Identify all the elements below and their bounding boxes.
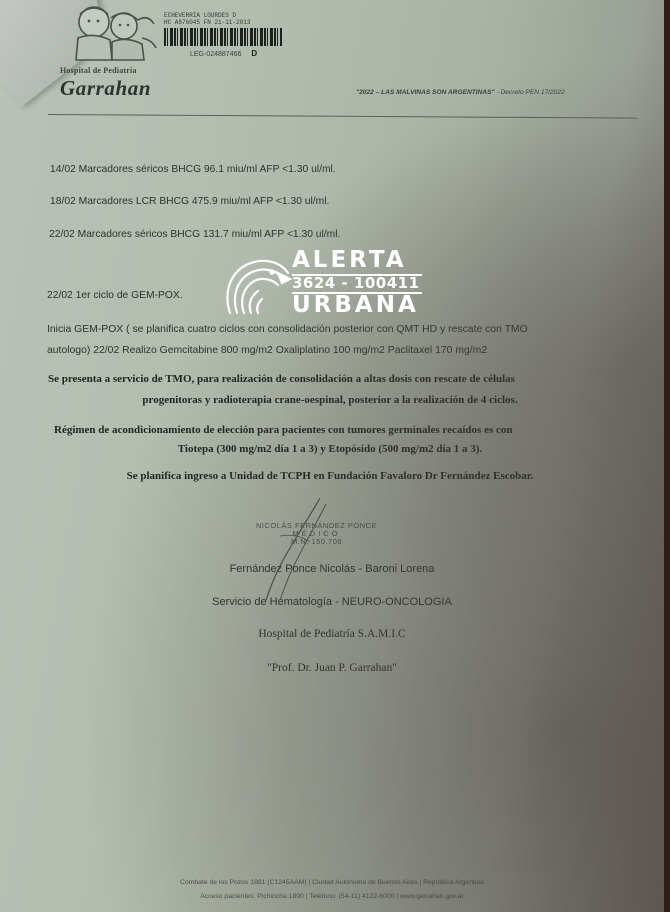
footer-address: Combate de los Pozos 1881 (C1245AAM) | C… <box>0 879 664 886</box>
slogan-text: "2022 – LAS MALVINAS SON ARGENTINAS" <box>356 89 495 96</box>
logo-name: Garrahan <box>60 76 151 101</box>
regimen-line-2: Tiotepa (300 mg/m2 día 1 a 3) y Etopósid… <box>30 443 630 455</box>
eagle-head-icon <box>222 255 292 317</box>
lab-result-2: 18/02 Marcadores LCR BHCG 475.9 miu/ml A… <box>50 196 329 207</box>
barcode <box>164 28 282 46</box>
children-mascot-icon <box>66 4 161 64</box>
hospital-logo: Hospital de Pediatría Garrahan <box>58 4 168 100</box>
handwritten-signature <box>250 496 340 606</box>
document-page: Hospital de Pediatría Garrahan ECHEVERRI… <box>0 0 664 912</box>
header-divider <box>48 114 638 119</box>
treatment-line-1: Inicia GEM-POX ( se planifica cuatro cic… <box>47 324 528 335</box>
hospital-full-name: "Prof. Dr. Juan P. Garrahan" <box>0 662 664 674</box>
watermark-urbana: URBANA <box>292 292 419 318</box>
barcode-suffix: D <box>251 49 257 58</box>
hospital-name: Hospital de Pediatría S.A.M.I.C <box>0 628 664 640</box>
logo-subtitle: Hospital de Pediatría <box>60 66 137 75</box>
patient-record: HC A876045 FN 21-11-2013 <box>164 19 294 26</box>
admission-line: Se planifica ingreso a Unidad de TCPH en… <box>30 470 630 482</box>
tmo-line-2: progenitoras y radioterapia crane-oespin… <box>30 394 630 406</box>
patient-label: ECHEVERRIA LOURDES D HC A876045 FN 21-11… <box>164 12 294 58</box>
barcode-code: LEG-024887466D <box>190 49 294 58</box>
tmo-line-1: Se presenta a servicio de TMO, para real… <box>48 373 648 385</box>
watermark-phone: 3624 - 100411 <box>292 274 420 292</box>
watermark-alerta: ALERTA <box>292 247 407 273</box>
lab-result-1: 14/02 Marcadores séricos BHCG 96.1 miu/m… <box>50 164 336 175</box>
regimen-line-1: Régimen de acondicionamiento de elección… <box>54 424 654 436</box>
background-table-edge <box>664 0 670 912</box>
slogan-decree: - Decreto PEN 17/2022 <box>497 89 565 96</box>
treatment-line-2: autologo) 22/02 Realizo Gemcitabine 800 … <box>47 345 487 356</box>
header-slogan: "2022 – LAS MALVINAS SON ARGENTINAS" - D… <box>356 89 565 96</box>
lab-result-3: 22/02 Marcadores séricos BHCG 131.7 miu/… <box>49 229 340 240</box>
cycle-line: 22/02 1er ciclo de GEM-POX. <box>47 290 183 301</box>
footer-contact: Acceso pacientes: Pichincha 1890 | Teléf… <box>0 893 664 900</box>
alerta-urbana-watermark: ALERTA 3624 - 100411 URBANA <box>222 247 427 321</box>
patient-name: ECHEVERRIA LOURDES D <box>164 12 294 19</box>
barcode-number: LEG-024887466 <box>190 51 241 58</box>
